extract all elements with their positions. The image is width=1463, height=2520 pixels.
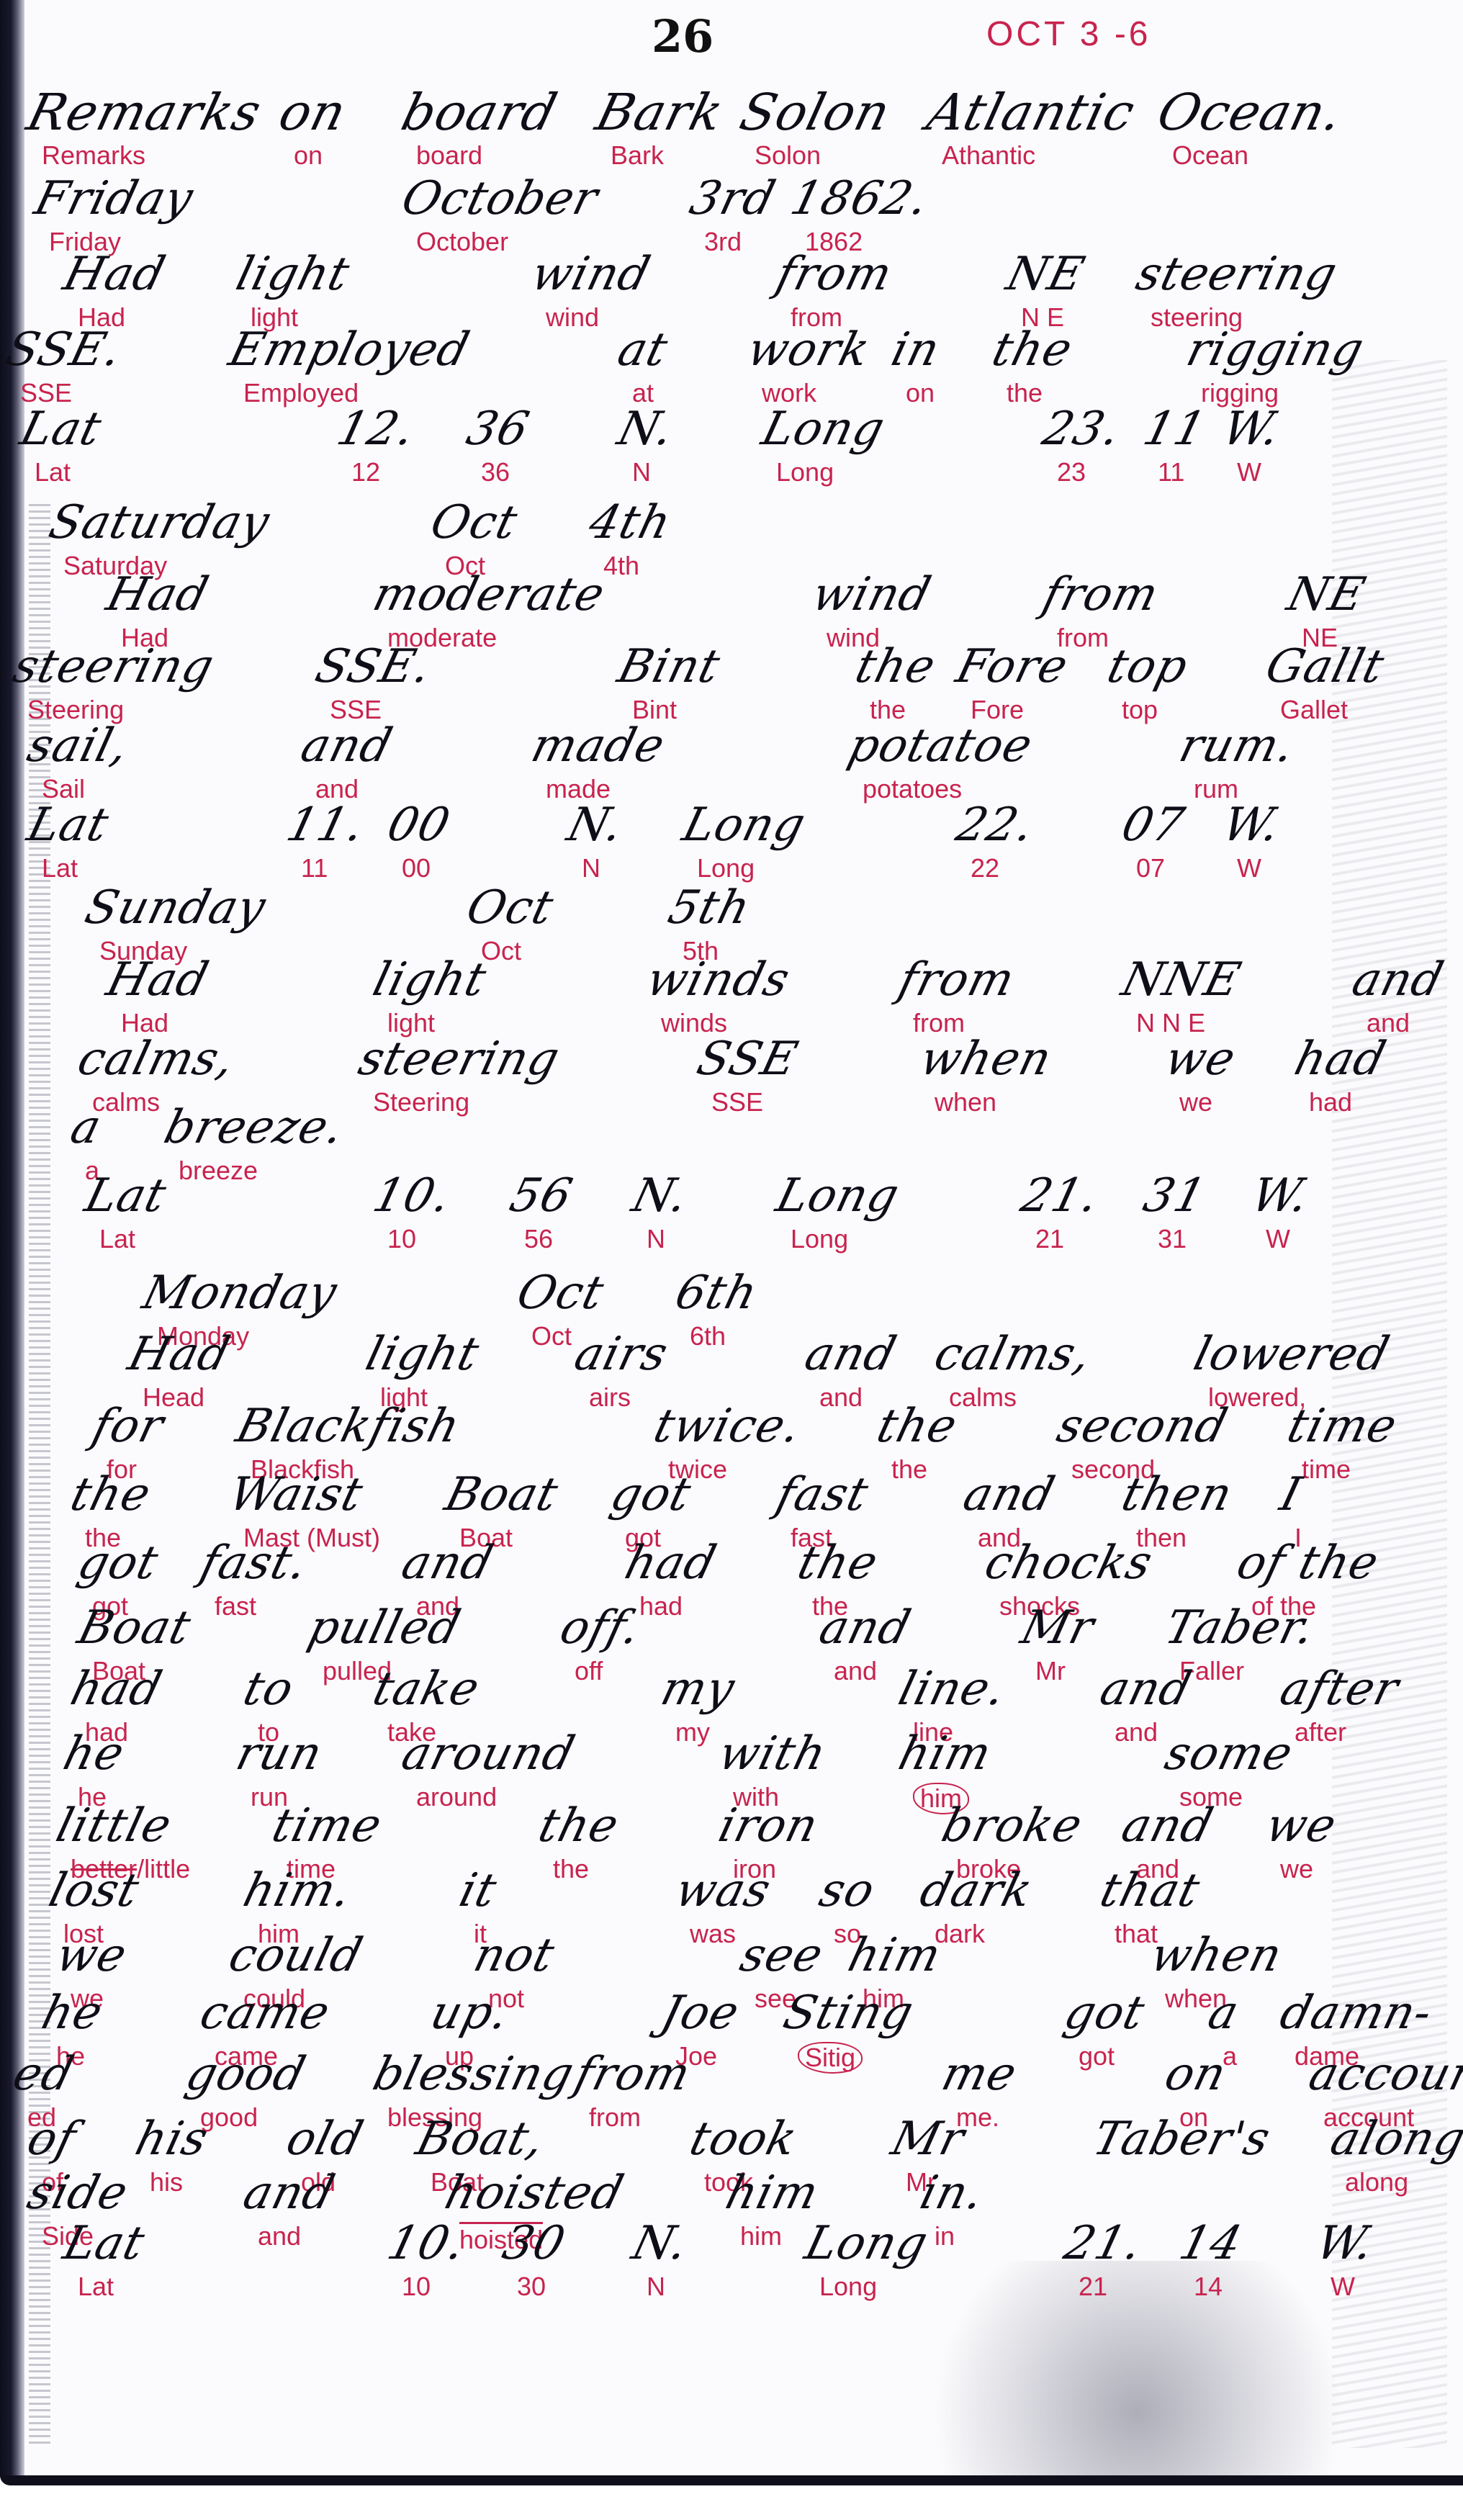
handwritten-word: not <box>469 1930 559 1981</box>
handwritten-word: twice. <box>649 1400 806 1452</box>
transcription-annotation: 11 <box>1158 458 1205 487</box>
handwritten-word: N. <box>613 403 679 455</box>
word-pair: 0707 <box>1123 799 1183 883</box>
handwritten-word: Oct <box>426 497 523 549</box>
word-pair: steeringSteering <box>14 641 213 724</box>
handwritten-word: 56 <box>505 1170 577 1222</box>
handwritten-word: the <box>987 324 1078 376</box>
handwritten-word: so <box>814 1865 880 1917</box>
word-pair: 0000 <box>389 799 449 883</box>
word-pair: LatLat <box>29 799 107 883</box>
transcription-annotation: W <box>1266 1225 1308 1254</box>
handwritten-word: hoisted <box>440 2167 629 2219</box>
handwritten-word: he <box>58 1728 130 1780</box>
word-pair: SSE.SSE <box>7 324 121 408</box>
handwritten-word: W. <box>1246 1170 1315 1222</box>
word-pair: LatLat <box>86 1170 165 1254</box>
word-pair: fromfrom <box>900 954 1014 1038</box>
word-pair: 3636 <box>468 403 528 487</box>
word-pair: SSE.SSE <box>317 641 431 724</box>
transcription-annotation: 23 <box>1057 458 1120 487</box>
handwritten-word: Boat, <box>411 2113 550 2165</box>
handwritten-word: SSE <box>692 1033 803 1085</box>
handwritten-word: top <box>1102 641 1193 693</box>
handwritten-word: potatoe <box>843 720 1037 772</box>
word-pair: HadHad <box>65 248 164 332</box>
transcription-annotation: 10 <box>387 1225 450 1254</box>
handwritten-word: Taber's <box>1088 2113 1276 2165</box>
handwritten-word: good <box>181 2048 311 2100</box>
handwritten-word: him <box>721 2167 824 2219</box>
transcription-annotation: Bark <box>611 141 722 170</box>
handwritten-word: 11. <box>282 799 370 851</box>
handwritten-word: Mr <box>1016 1602 1099 1654</box>
handwritten-word: had <box>620 1537 721 1589</box>
handwritten-word: Sunday <box>80 882 271 934</box>
handwritten-word: me <box>937 2048 1022 2100</box>
handwritten-word: Ocean. <box>1153 86 1348 138</box>
handwritten-word: Boat <box>73 1602 196 1654</box>
handwritten-word: calms, <box>73 1033 240 1085</box>
handwritten-word: run <box>231 1728 328 1780</box>
handwritten-word: on <box>1160 2048 1232 2100</box>
handwritten-word: him <box>843 1930 946 1981</box>
handwritten-word: 22. <box>951 799 1040 851</box>
transcription-annotation: Athantic <box>942 141 1133 170</box>
word-pair: N.N <box>569 799 622 883</box>
transcription-annotation: Solon <box>755 141 889 170</box>
handwritten-word: 12. <box>332 403 420 455</box>
handwritten-word: see <box>735 1930 829 1981</box>
transcription-annotation: N <box>647 2272 687 2301</box>
handwritten-word: after <box>1275 1663 1404 1715</box>
handwritten-word: he <box>37 1987 108 2039</box>
handwritten-word: Had <box>58 248 171 300</box>
handwritten-word: Long <box>757 403 890 455</box>
handwritten-word: Blackfish <box>231 1400 465 1452</box>
word-pair: andand <box>1354 954 1442 1038</box>
transcription-annotation: N <box>632 458 672 487</box>
word-pair: W.W <box>1253 1170 1308 1254</box>
handwritten-word: Long <box>800 2218 933 2269</box>
handwritten-word: got <box>1059 1987 1150 2039</box>
handwritten-word: we <box>51 1930 132 1981</box>
handwritten-word: sail, <box>22 720 134 772</box>
word-pair: andand <box>302 720 391 804</box>
handwritten-word: Fore <box>951 641 1073 693</box>
handwritten-word: SSE. <box>1 324 127 376</box>
handwritten-word: lost <box>44 1865 145 1917</box>
word-pair: N.N <box>634 1170 687 1254</box>
handwritten-word: little <box>51 1800 197 1852</box>
handwritten-word: the <box>66 1469 156 1521</box>
word-pair: boardboard <box>403 86 556 170</box>
word-pair: 12.12 <box>338 403 414 487</box>
word-pair: lightlight <box>374 954 485 1038</box>
handwritten-word: then <box>1117 1469 1238 1521</box>
transcription-annotation: Long <box>791 1225 898 1254</box>
word-pair: 1862.1862 <box>792 173 927 256</box>
log-line: LatLat10.103030N.NLongLong21.211414W.W <box>0 2218 1463 2326</box>
handwritten-word: Sting <box>778 1987 919 2039</box>
transcription-annotation: 56 <box>524 1225 571 1254</box>
transcription-annotation: 30 <box>517 2272 564 2301</box>
word-pair: atat <box>619 324 667 408</box>
handwritten-word: had <box>66 1663 167 1715</box>
handwritten-word: 14 <box>1174 2218 1247 2269</box>
handwritten-word: ed <box>8 2048 79 2100</box>
transcription-annotation: Remarks <box>42 141 260 170</box>
word-pair: BarkBark <box>598 86 722 170</box>
handwritten-word: light <box>231 248 355 300</box>
handwritten-word: Atlantic <box>922 86 1140 138</box>
handwritten-word: Employed <box>224 324 474 376</box>
transcription-annotation: on <box>294 141 345 170</box>
handwritten-word: had <box>1289 1033 1391 1085</box>
handwritten-word: 6th <box>670 1267 763 1319</box>
handwritten-word: it <box>454 1865 502 1917</box>
handwritten-word: board <box>397 86 562 138</box>
handwritten-word: got <box>606 1469 696 1521</box>
word-pair: Ocean.Ocean <box>1159 86 1341 170</box>
transcription-annotation: 10 <box>402 2272 464 2301</box>
handwritten-word: W. <box>1217 799 1286 851</box>
handwritten-word: when <box>1145 1930 1287 1981</box>
scan-margin <box>0 2485 1463 2520</box>
page-bottom-edge <box>0 2475 1463 2485</box>
handwritten-word: moderate <box>368 569 610 621</box>
word-pair: steeringsteering <box>1138 248 1336 332</box>
transcription-annotation: N <box>647 1225 687 1254</box>
handwritten-word: a <box>66 1102 107 1153</box>
handwritten-word: and <box>814 1602 916 1654</box>
transcription-annotation: 00 <box>402 854 449 883</box>
handwritten-word: that <box>1095 1865 1205 1917</box>
handwritten-word: of the <box>1232 1537 1384 1589</box>
handwritten-word: steering <box>8 641 220 693</box>
transcription-annotation: Lat <box>42 854 107 883</box>
word-pair: andand <box>806 1328 895 1412</box>
word-pair: 23.23 <box>1044 403 1120 487</box>
handwritten-word: side <box>22 2167 133 2219</box>
handwritten-word: rigging <box>1181 324 1369 376</box>
handwritten-word: his <box>130 2113 213 2165</box>
word-pair: 3rd3rd <box>691 173 774 256</box>
handwritten-word: blessing <box>368 2048 580 2100</box>
handwritten-word: Had <box>123 1328 235 1380</box>
word-pair: lightlight <box>238 248 348 332</box>
handwritten-word: up. <box>426 1987 514 2039</box>
handwritten-word: Lat <box>15 403 107 455</box>
handwritten-word: him. <box>238 1865 357 1917</box>
handwritten-word: Had <box>102 954 214 1006</box>
handwritten-word: and <box>397 1537 498 1589</box>
handwritten-word: light <box>368 954 492 1006</box>
word-pair: LongLong <box>806 2218 927 2301</box>
handwritten-word: N. <box>562 799 629 851</box>
handwritten-word: iron <box>714 1800 824 1852</box>
handwritten-word: at <box>613 324 673 376</box>
transcription-annotation: 31 <box>1158 1225 1205 1254</box>
handwritten-word: and <box>800 1328 901 1380</box>
handwritten-word: rum. <box>1174 720 1300 772</box>
handwritten-word: on <box>274 86 351 138</box>
word-pair: thethe <box>857 641 935 724</box>
word-pair: NEN E <box>1008 248 1084 332</box>
handwritten-word: 21. <box>1016 1170 1104 1222</box>
handwritten-word: take <box>368 1663 485 1715</box>
handwritten-word: calms, <box>929 1328 1097 1380</box>
handwritten-word: from <box>771 248 897 300</box>
word-pair: fromfrom <box>778 248 891 332</box>
word-pair: thethe <box>994 324 1071 408</box>
word-pair: EmployedEmployed <box>230 324 468 408</box>
handwritten-word: chocks <box>980 1537 1158 1589</box>
handwritten-word: N. <box>627 1170 693 1222</box>
transcription-annotation: W <box>1237 854 1279 883</box>
handwritten-word: Oct <box>512 1267 609 1319</box>
handwritten-word: 4th <box>584 497 677 549</box>
handwritten-word: the <box>850 641 941 693</box>
handwritten-word: breeze. <box>159 1102 349 1153</box>
handwritten-word: time <box>267 1800 387 1852</box>
handwritten-word: 10. <box>382 2218 471 2269</box>
handwritten-word: winds <box>642 954 795 1006</box>
word-pair: 21.21 <box>1066 2218 1141 2301</box>
transcription-annotation: Lat <box>99 1225 165 1254</box>
handwritten-word: 00 <box>382 799 455 851</box>
handwritten-word: of <box>22 2113 81 2165</box>
handwritten-word: Lat <box>80 1170 171 1222</box>
word-pair: 1414 <box>1181 2218 1241 2301</box>
handwritten-word: fast <box>771 1469 873 1521</box>
handwritten-word: off. <box>555 1602 646 1654</box>
word-pair: W.W <box>1224 403 1279 487</box>
handwritten-word: Mr <box>886 2113 970 2165</box>
handwritten-word: 36 <box>462 403 534 455</box>
handwritten-word: Taber. <box>1160 1602 1320 1654</box>
handwritten-word: made <box>526 720 670 772</box>
handwritten-word: Monday <box>138 1267 343 1319</box>
handwritten-word: we <box>1160 1033 1241 1085</box>
word-pair: OctoberOctober <box>403 173 597 256</box>
word-pair: LongLong <box>778 1170 898 1254</box>
handwritten-word: NE <box>1001 248 1090 300</box>
log-line: LatLat12.123636N.NLongLong23.231111W.W <box>0 403 1463 511</box>
word-pair: 1111 <box>1145 403 1205 487</box>
handwritten-word: wind <box>526 248 655 300</box>
handwritten-word: came <box>195 1987 336 2039</box>
handwritten-word: Long <box>678 799 811 851</box>
handwritten-word: account <box>1304 2048 1463 2100</box>
transcription-annotation: 07 <box>1136 854 1183 883</box>
handwritten-word: 10. <box>368 1170 456 1222</box>
logbook-page: 26 OCT 3 -6 RemarksRemarksononboardboard… <box>0 0 1463 2520</box>
handwritten-word: 30 <box>498 2218 570 2269</box>
handwritten-word: could <box>224 1930 368 1981</box>
handwritten-word: Gallt <box>1261 641 1390 693</box>
word-pair: 3131 <box>1145 1170 1205 1254</box>
transcription-annotation: Ocean <box>1172 141 1341 170</box>
word-pair: SolonSolon <box>742 86 889 170</box>
handwritten-word: Friday <box>30 173 199 225</box>
word-pair: toptop <box>1109 641 1187 724</box>
transcription-annotation: 22 <box>971 854 1033 883</box>
handwritten-word: Bint <box>613 641 725 693</box>
handwritten-word: in <box>886 324 945 376</box>
handwritten-word: lowered <box>1189 1328 1395 1380</box>
handwritten-word: and <box>958 1469 1060 1521</box>
handwritten-word: steering <box>354 1033 565 1085</box>
transcription-annotation: Long <box>697 854 804 883</box>
word-pair: RemarksRemarks <box>29 86 260 170</box>
handwritten-word: work <box>742 324 875 376</box>
handwritten-word: steering <box>1131 248 1343 300</box>
word-pair: HadHad <box>108 954 207 1038</box>
transcription-annotation: N <box>582 854 622 883</box>
transcription-annotation: 21 <box>1079 2272 1141 2301</box>
handwritten-word: my <box>656 1663 740 1715</box>
word-pair: inon <box>893 324 939 408</box>
log-line: LatLat10.105656N.NLongLong21.213131W.W <box>0 1170 1463 1278</box>
handwritten-word: for <box>87 1400 169 1452</box>
handwritten-word: Solon <box>735 86 896 138</box>
page-number: 26 <box>652 10 714 63</box>
handwritten-word: Lat <box>58 2218 150 2269</box>
handwritten-word: and <box>1117 1800 1218 1852</box>
handwritten-word: 07 <box>1117 799 1189 851</box>
handwritten-word: from <box>1037 569 1163 621</box>
word-pair: LatLat <box>22 403 100 487</box>
annotation-date-range: OCT 3 -6 <box>986 14 1151 54</box>
handwritten-word: we <box>1261 1800 1342 1852</box>
handwritten-word: Had <box>102 569 214 621</box>
word-pair: 5656 <box>511 1170 571 1254</box>
handwritten-word: took <box>685 2113 803 2165</box>
handwritten-word: Joe <box>656 1987 744 2039</box>
word-pair: LongLong <box>763 403 883 487</box>
handwritten-word: time <box>1282 1400 1403 1452</box>
handwritten-word: a <box>1203 1987 1244 2039</box>
handwritten-word: light <box>361 1328 485 1380</box>
word-pair: potatoepotatoes <box>850 720 1032 804</box>
word-pair: W.W <box>1224 799 1279 883</box>
transcription-annotation: 21 <box>1035 1225 1098 1254</box>
handwritten-word: and <box>238 2167 340 2219</box>
handwritten-word: with <box>714 1728 832 1780</box>
handwritten-word: Oct <box>462 882 559 934</box>
word-pair: workwork <box>749 324 869 408</box>
handwritten-word: Remarks <box>22 86 266 138</box>
handwritten-word: along <box>1325 2113 1463 2165</box>
handwritten-word: broke <box>937 1800 1088 1852</box>
handwritten-word: 3rd <box>685 173 780 225</box>
handwritten-word: Waist <box>224 1469 387 1521</box>
handwritten-word: him <box>893 1728 996 1780</box>
handwritten-word: got <box>73 1537 163 1589</box>
word-pair: AtlanticAthantic <box>929 86 1133 170</box>
handwritten-word: the <box>872 1400 963 1452</box>
transcription-annotation: board <box>416 141 556 170</box>
handwritten-word: airs <box>570 1328 673 1380</box>
word-pair: LatLat <box>65 2218 143 2301</box>
handwritten-word: 31 <box>1138 1170 1211 1222</box>
word-pair: N.N <box>619 403 672 487</box>
handwritten-word: October <box>397 173 603 225</box>
word-pair: 10.10 <box>374 1170 450 1254</box>
handwritten-word: dark <box>915 1865 1037 1917</box>
word-pair: 3030 <box>504 2218 564 2301</box>
transcription-annotation: W <box>1237 458 1279 487</box>
word-pair: BintBint <box>619 641 719 724</box>
word-pair: N.N <box>634 2218 687 2301</box>
transcription-annotation: Lat <box>35 458 100 487</box>
word-pair: GalltGallet <box>1267 641 1383 724</box>
handwritten-word: Boat <box>440 1469 563 1521</box>
word-pair: sail,Sail <box>29 720 127 804</box>
handwritten-word: 23. <box>1037 403 1126 455</box>
word-pair: FridayFriday <box>36 173 192 256</box>
word-pair: W.W <box>1318 2218 1373 2301</box>
handwritten-word: Saturday <box>44 497 275 549</box>
transcription-annotation: Long <box>776 458 883 487</box>
handwritten-word: from <box>570 2048 696 2100</box>
word-pair: windwind <box>533 248 649 332</box>
handwritten-word: from <box>893 954 1019 1006</box>
handwritten-word: some <box>1160 1728 1298 1780</box>
transcription-annotation: 14 <box>1194 2272 1241 2301</box>
handwritten-word: damn- <box>1275 1987 1438 2039</box>
handwritten-word: I <box>1275 1469 1308 1521</box>
transcription-annotation: Long <box>819 2272 927 2301</box>
handwritten-word: W. <box>1217 403 1286 455</box>
handwritten-word: NNE <box>1117 954 1246 1006</box>
word-pair: riggingrigging <box>1188 324 1363 408</box>
word-pair: mademade <box>533 720 664 804</box>
handwritten-word: W. <box>1311 2218 1379 2269</box>
handwritten-word: line. <box>893 1663 1011 1715</box>
handwritten-word: old <box>282 2113 369 2165</box>
handwritten-word: and <box>296 720 397 772</box>
word-pair: 11.11 <box>288 799 364 883</box>
word-pair: NNEN N E <box>1123 954 1240 1038</box>
word-pair: windswinds <box>648 954 788 1038</box>
handwritten-word: pulled <box>303 1602 466 1654</box>
handwritten-word: 1862. <box>785 173 934 225</box>
word-pair: 21.21 <box>1022 1170 1098 1254</box>
handwritten-word: 11 <box>1138 403 1211 455</box>
handwritten-word: NE <box>1282 569 1371 621</box>
transcription-annotation: 12 <box>351 458 414 487</box>
handwritten-word: when <box>915 1033 1057 1085</box>
word-pair: rum.rum <box>1181 720 1294 804</box>
handwritten-word: Long <box>771 1170 904 1222</box>
handwritten-word: Lat <box>22 799 114 851</box>
handwritten-word: in. <box>915 2167 989 2219</box>
handwritten-word: 5th <box>663 882 756 934</box>
handwritten-word: to <box>238 1663 299 1715</box>
handwritten-word: around <box>397 1728 580 1780</box>
handwritten-word: second <box>1052 1400 1233 1452</box>
word-pair: 10.10 <box>389 2218 464 2301</box>
transcription-annotation: 11 <box>301 854 364 883</box>
word-pair: 22.22 <box>958 799 1033 883</box>
handwritten-word: Bark <box>591 86 729 138</box>
handwritten-word: SSE. <box>310 641 437 693</box>
word-pair: airsairs <box>576 1328 667 1412</box>
handwritten-word: 21. <box>1059 2218 1148 2269</box>
handwritten-word: and <box>1347 954 1449 1006</box>
